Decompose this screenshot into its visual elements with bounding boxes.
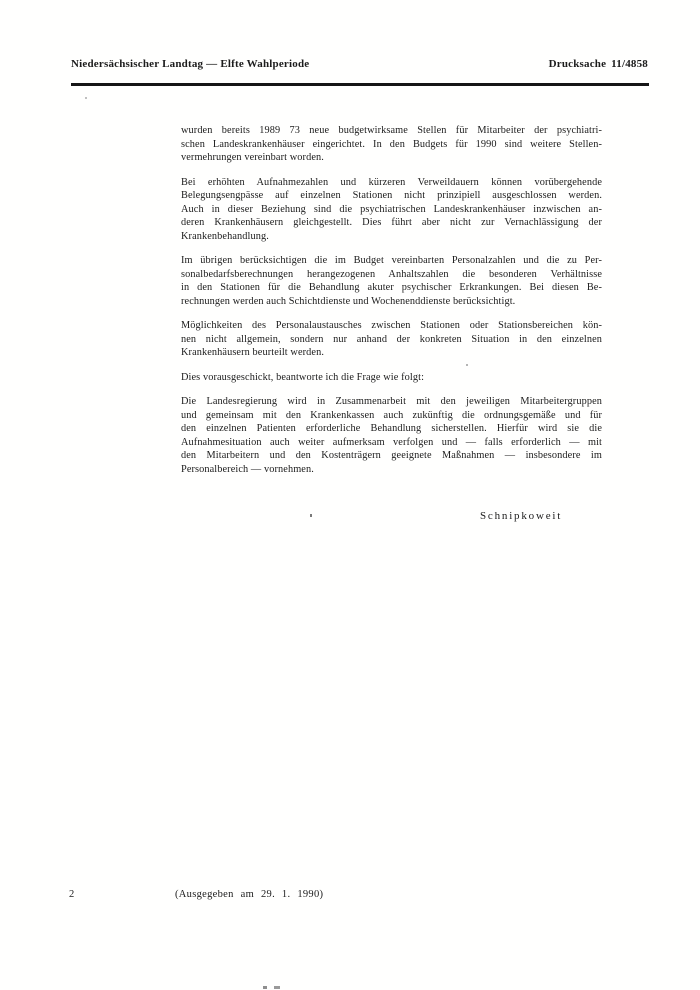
paragraph: Im übrigen berücksichtigen die im Budget… bbox=[181, 254, 602, 308]
text-line: Bei erhöhten Aufnahmezahlen und kürzeren… bbox=[181, 176, 602, 190]
text-line: rechnungen werden auch Schichtdienste un… bbox=[181, 295, 602, 309]
text-line: nen nicht allgemein, sondern nur anhand … bbox=[181, 333, 602, 347]
paragraph: Möglichkeiten des Personalaustausches zw… bbox=[181, 319, 602, 360]
text-line: Die Landesregierung wird in Zusammenarbe… bbox=[181, 395, 602, 409]
scan-speck bbox=[274, 986, 280, 989]
text-line: den einzelnen Patienten erforderliche Be… bbox=[181, 422, 602, 436]
document-number: Drucksache 11/4858 bbox=[549, 58, 648, 70]
header-divider-rule bbox=[71, 83, 649, 86]
body-paragraphs: wurden bereits 1989 73 neue budgetwirksa… bbox=[181, 124, 602, 476]
parliament-title: Niedersächsischer Landtag — Elfte Wahlpe… bbox=[71, 58, 309, 70]
paragraph: Die Landesregierung wird in Zusammenarbe… bbox=[181, 395, 602, 476]
text-line: Krankenhäusern beurteilt werden. bbox=[181, 346, 602, 360]
text-line: wurden bereits 1989 73 neue budgetwirksa… bbox=[181, 124, 602, 138]
text-line: Dies vorausgeschickt, beantworte ich die… bbox=[181, 371, 602, 385]
page-number: 2 bbox=[69, 889, 74, 900]
text-line: sonalbedarfsberechnungen herangezogenen … bbox=[181, 268, 602, 282]
scan-speck bbox=[263, 986, 267, 989]
text-line: schen Landeskrankenhäuser eingerichtet. … bbox=[181, 138, 602, 152]
text-line: und gemeinsam mit den Krankenkassen auch… bbox=[181, 409, 602, 423]
paragraph: wurden bereits 1989 73 neue budgetwirksa… bbox=[181, 124, 602, 165]
paragraph: Bei erhöhten Aufnahmezahlen und kürzeren… bbox=[181, 176, 602, 244]
text-line: Möglichkeiten des Personalaustausches zw… bbox=[181, 319, 602, 333]
signature-name: Schnipkoweit bbox=[480, 510, 602, 522]
scan-speck bbox=[466, 364, 468, 366]
scan-speck bbox=[85, 97, 87, 99]
text-line: den Mitarbeitern und den Kostenträgern g… bbox=[181, 449, 602, 463]
text-line: Personalbereich — vornehmen. bbox=[181, 463, 602, 477]
document-body: wurden bereits 1989 73 neue budgetwirksa… bbox=[181, 124, 602, 522]
text-line: Im übrigen berücksichtigen die im Budget… bbox=[181, 254, 602, 268]
text-line: Aufnahmesituation auch weiter aufmerksam… bbox=[181, 436, 602, 450]
text-line: Belegungsengpässe auf einzelnen Statione… bbox=[181, 189, 602, 203]
scan-speck bbox=[310, 514, 312, 517]
paragraph: Dies vorausgeschickt, beantworte ich die… bbox=[181, 371, 602, 385]
text-line: deren Krankenhäusern gleichgestellt. Die… bbox=[181, 216, 602, 230]
text-line: Krankenbehandlung. bbox=[181, 230, 602, 244]
text-line: Auch in dieser Beziehung sind die psychi… bbox=[181, 203, 602, 217]
issued-date-note: (Ausgegeben am 29. 1. 1990) bbox=[175, 889, 323, 900]
document-page: Niedersächsischer Landtag — Elfte Wahlpe… bbox=[0, 0, 700, 990]
text-line: in den Stationen für die Behandlung akut… bbox=[181, 281, 602, 295]
page-header: Niedersächsischer Landtag — Elfte Wahlpe… bbox=[71, 58, 648, 70]
text-line: vermehrungen vereinbart worden. bbox=[181, 151, 602, 165]
